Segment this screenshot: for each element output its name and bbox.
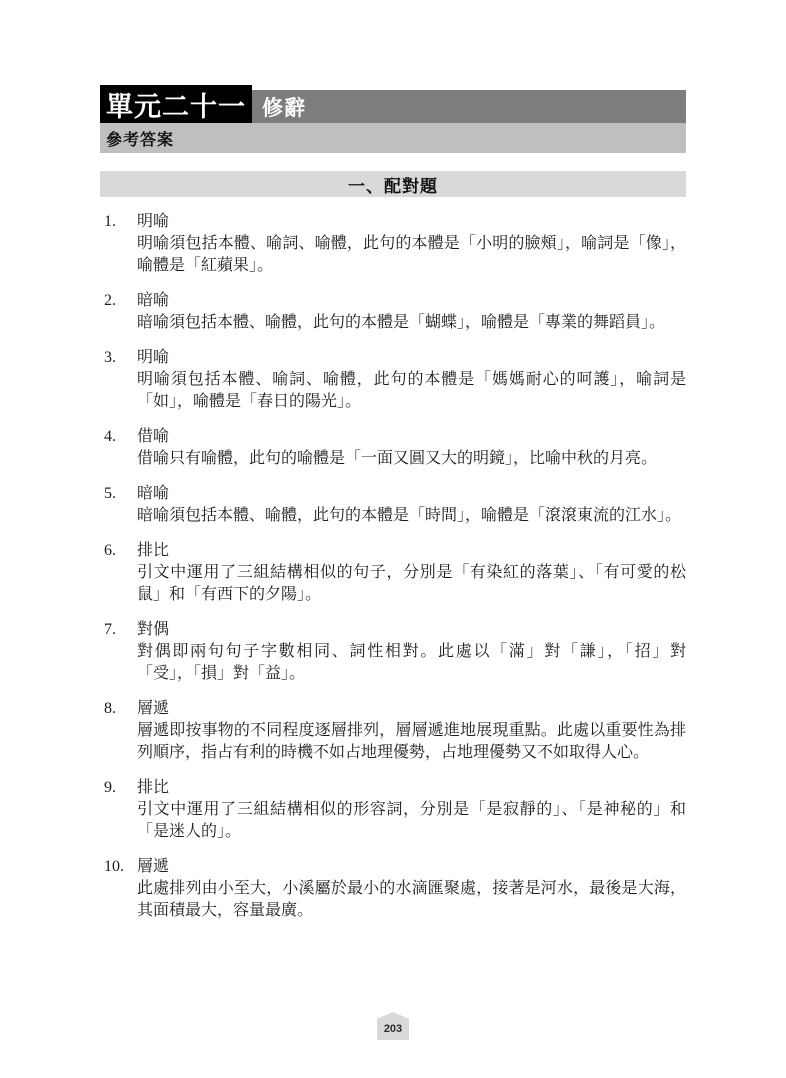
answer-item-9: 9. 排比 引文中運用了三組結構相似的形容詞，分別是「是寂靜的」、「是神秘的」和… bbox=[100, 777, 686, 843]
answer-term: 層遞 bbox=[137, 856, 686, 878]
answer-item-2: 2. 暗喻 暗喻須包括本體、喻體，此句的本體是「蝴蝶」，喻體是「專業的舞蹈員」。 bbox=[100, 290, 686, 334]
answer-body: 暗喻 暗喻須包括本體、喻體，此句的本體是「時間」，喻體是「滾滾東流的江水」。 bbox=[137, 483, 686, 527]
answer-term: 暗喻 bbox=[137, 483, 686, 505]
answer-explanation: 對偶即兩句句子字數相同、詞性相對。此處以「滿」對「謙」，「招」對「受」，「損」對… bbox=[137, 641, 686, 685]
answer-body: 明喻 明喻須包括本體、喻詞、喻體，此句的本體是「小明的臉頰」，喻詞是「像」，喻體… bbox=[137, 211, 686, 277]
answer-number: 8. bbox=[100, 698, 137, 764]
worksheet-page: 單元二十一 修辭 參考答案 一、配對題 1. 明喻 明喻須包括本體、喻詞、喻體，… bbox=[0, 0, 786, 1078]
answer-body: 暗喻 暗喻須包括本體、喻體，此句的本體是「蝴蝶」，喻體是「專業的舞蹈員」。 bbox=[137, 290, 686, 334]
answer-number: 9. bbox=[100, 777, 137, 843]
answer-explanation: 明喻須包括本體、喻詞、喻體，此句的本體是「媽媽耐心的呵護」，喻詞是「如」，喻體是… bbox=[137, 369, 686, 413]
answer-explanation: 層遞即按事物的不同程度逐層排列，層層遞進地展現重點。此處以重要性為排列順序，指占… bbox=[137, 720, 686, 764]
answer-explanation: 引文中運用了三組結構相似的形容詞，分別是「是寂靜的」、「是神秘的」和「是迷人的」… bbox=[137, 799, 686, 843]
page-content: 單元二十一 修辭 參考答案 一、配對題 1. 明喻 明喻須包括本體、喻詞、喻體，… bbox=[100, 0, 686, 935]
answer-explanation: 引文中運用了三組結構相似的句子，分別是「有染紅的落葉」、「有可愛的松鼠」和「有西… bbox=[137, 562, 686, 606]
answer-explanation: 暗喻須包括本體、喻體，此句的本體是「蝴蝶」，喻體是「專業的舞蹈員」。 bbox=[137, 312, 686, 334]
answer-term: 借喻 bbox=[137, 426, 686, 448]
answer-item-5: 5. 暗喻 暗喻須包括本體、喻體，此句的本體是「時間」，喻體是「滾滾東流的江水」… bbox=[100, 483, 686, 527]
answer-number: 6. bbox=[100, 540, 137, 606]
answer-list: 1. 明喻 明喻須包括本體、喻詞、喻體，此句的本體是「小明的臉頰」，喻詞是「像」… bbox=[100, 211, 686, 922]
answer-item-6: 6. 排比 引文中運用了三組結構相似的句子，分別是「有染紅的落葉」、「有可愛的松… bbox=[100, 540, 686, 606]
answer-term: 明喻 bbox=[137, 211, 686, 233]
answer-term: 對偶 bbox=[137, 619, 686, 641]
answer-explanation: 暗喻須包括本體、喻體，此句的本體是「時間」，喻體是「滾滾東流的江水」。 bbox=[137, 505, 686, 527]
answer-number: 4. bbox=[100, 426, 137, 470]
reference-answers-bar: 參考答案 bbox=[100, 123, 686, 153]
answer-number: 5. bbox=[100, 483, 137, 527]
unit-number-box: 單元二十一 bbox=[100, 85, 252, 123]
answer-item-7: 7. 對偶 對偶即兩句句子字數相同、詞性相對。此處以「滿」對「謙」，「招」對「受… bbox=[100, 619, 686, 685]
answer-number: 2. bbox=[100, 290, 137, 334]
answer-term: 明喻 bbox=[137, 347, 686, 369]
answer-body: 對偶 對偶即兩句句子字數相同、詞性相對。此處以「滿」對「謙」，「招」對「受」，「… bbox=[137, 619, 686, 685]
unit-banner: 單元二十一 修辭 bbox=[100, 87, 686, 123]
answer-item-4: 4. 借喻 借喻只有喻體，此句的喻體是「一面又圓又大的明鏡」，比喻中秋的月亮。 bbox=[100, 426, 686, 470]
answer-number: 3. bbox=[100, 347, 137, 413]
answer-body: 層遞 層遞即按事物的不同程度逐層排列，層層遞進地展現重點。此處以重要性為排列順序… bbox=[137, 698, 686, 764]
page-number-badge: 203 bbox=[377, 1012, 409, 1040]
answer-term: 排比 bbox=[137, 540, 686, 562]
page-number: 203 bbox=[384, 1023, 402, 1035]
page-header: 單元二十一 修辭 參考答案 bbox=[100, 87, 686, 153]
answer-term: 暗喻 bbox=[137, 290, 686, 312]
unit-title-label: 修辭 bbox=[262, 92, 306, 122]
section-title-bar: 一、配對題 bbox=[100, 171, 686, 197]
answer-explanation: 明喻須包括本體、喻詞、喻體，此句的本體是「小明的臉頰」，喻詞是「像」，喻體是「紅… bbox=[137, 233, 686, 277]
answer-body: 排比 引文中運用了三組結構相似的形容詞，分別是「是寂靜的」、「是神秘的」和「是迷… bbox=[137, 777, 686, 843]
answer-body: 借喻 借喻只有喻體，此句的喻體是「一面又圓又大的明鏡」，比喻中秋的月亮。 bbox=[137, 426, 686, 470]
answer-item-10: 10. 層遞 此處排列由小至大，小溪屬於最小的水滴匯聚處，接著是河水，最後是大海… bbox=[100, 856, 686, 922]
unit-number-label: 單元二十一 bbox=[106, 85, 246, 124]
answer-item-8: 8. 層遞 層遞即按事物的不同程度逐層排列，層層遞進地展現重點。此處以重要性為排… bbox=[100, 698, 686, 764]
answer-term: 排比 bbox=[137, 777, 686, 799]
answer-body: 明喻 明喻須包括本體、喻詞、喻體，此句的本體是「媽媽耐心的呵護」，喻詞是「如」，… bbox=[137, 347, 686, 413]
answer-item-1: 1. 明喻 明喻須包括本體、喻詞、喻體，此句的本體是「小明的臉頰」，喻詞是「像」… bbox=[100, 211, 686, 277]
answer-body: 層遞 此處排列由小至大，小溪屬於最小的水滴匯聚處，接著是河水，最後是大海，其面積… bbox=[137, 856, 686, 922]
reference-answers-label: 參考答案 bbox=[106, 127, 174, 150]
answer-explanation: 借喻只有喻體，此句的喻體是「一面又圓又大的明鏡」，比喻中秋的月亮。 bbox=[137, 448, 686, 470]
answer-explanation: 此處排列由小至大，小溪屬於最小的水滴匯聚處，接著是河水，最後是大海，其面積最大，… bbox=[137, 878, 686, 922]
section-title: 一、配對題 bbox=[348, 172, 438, 197]
answer-number: 7. bbox=[100, 619, 137, 685]
answer-number: 1. bbox=[100, 211, 137, 277]
answer-body: 排比 引文中運用了三組結構相似的句子，分別是「有染紅的落葉」、「有可愛的松鼠」和… bbox=[137, 540, 686, 606]
answer-number: 10. bbox=[100, 856, 137, 922]
unit-title-bar: 修辭 bbox=[252, 90, 686, 123]
answer-term: 層遞 bbox=[137, 698, 686, 720]
answer-item-3: 3. 明喻 明喻須包括本體、喻詞、喻體，此句的本體是「媽媽耐心的呵護」，喻詞是「… bbox=[100, 347, 686, 413]
